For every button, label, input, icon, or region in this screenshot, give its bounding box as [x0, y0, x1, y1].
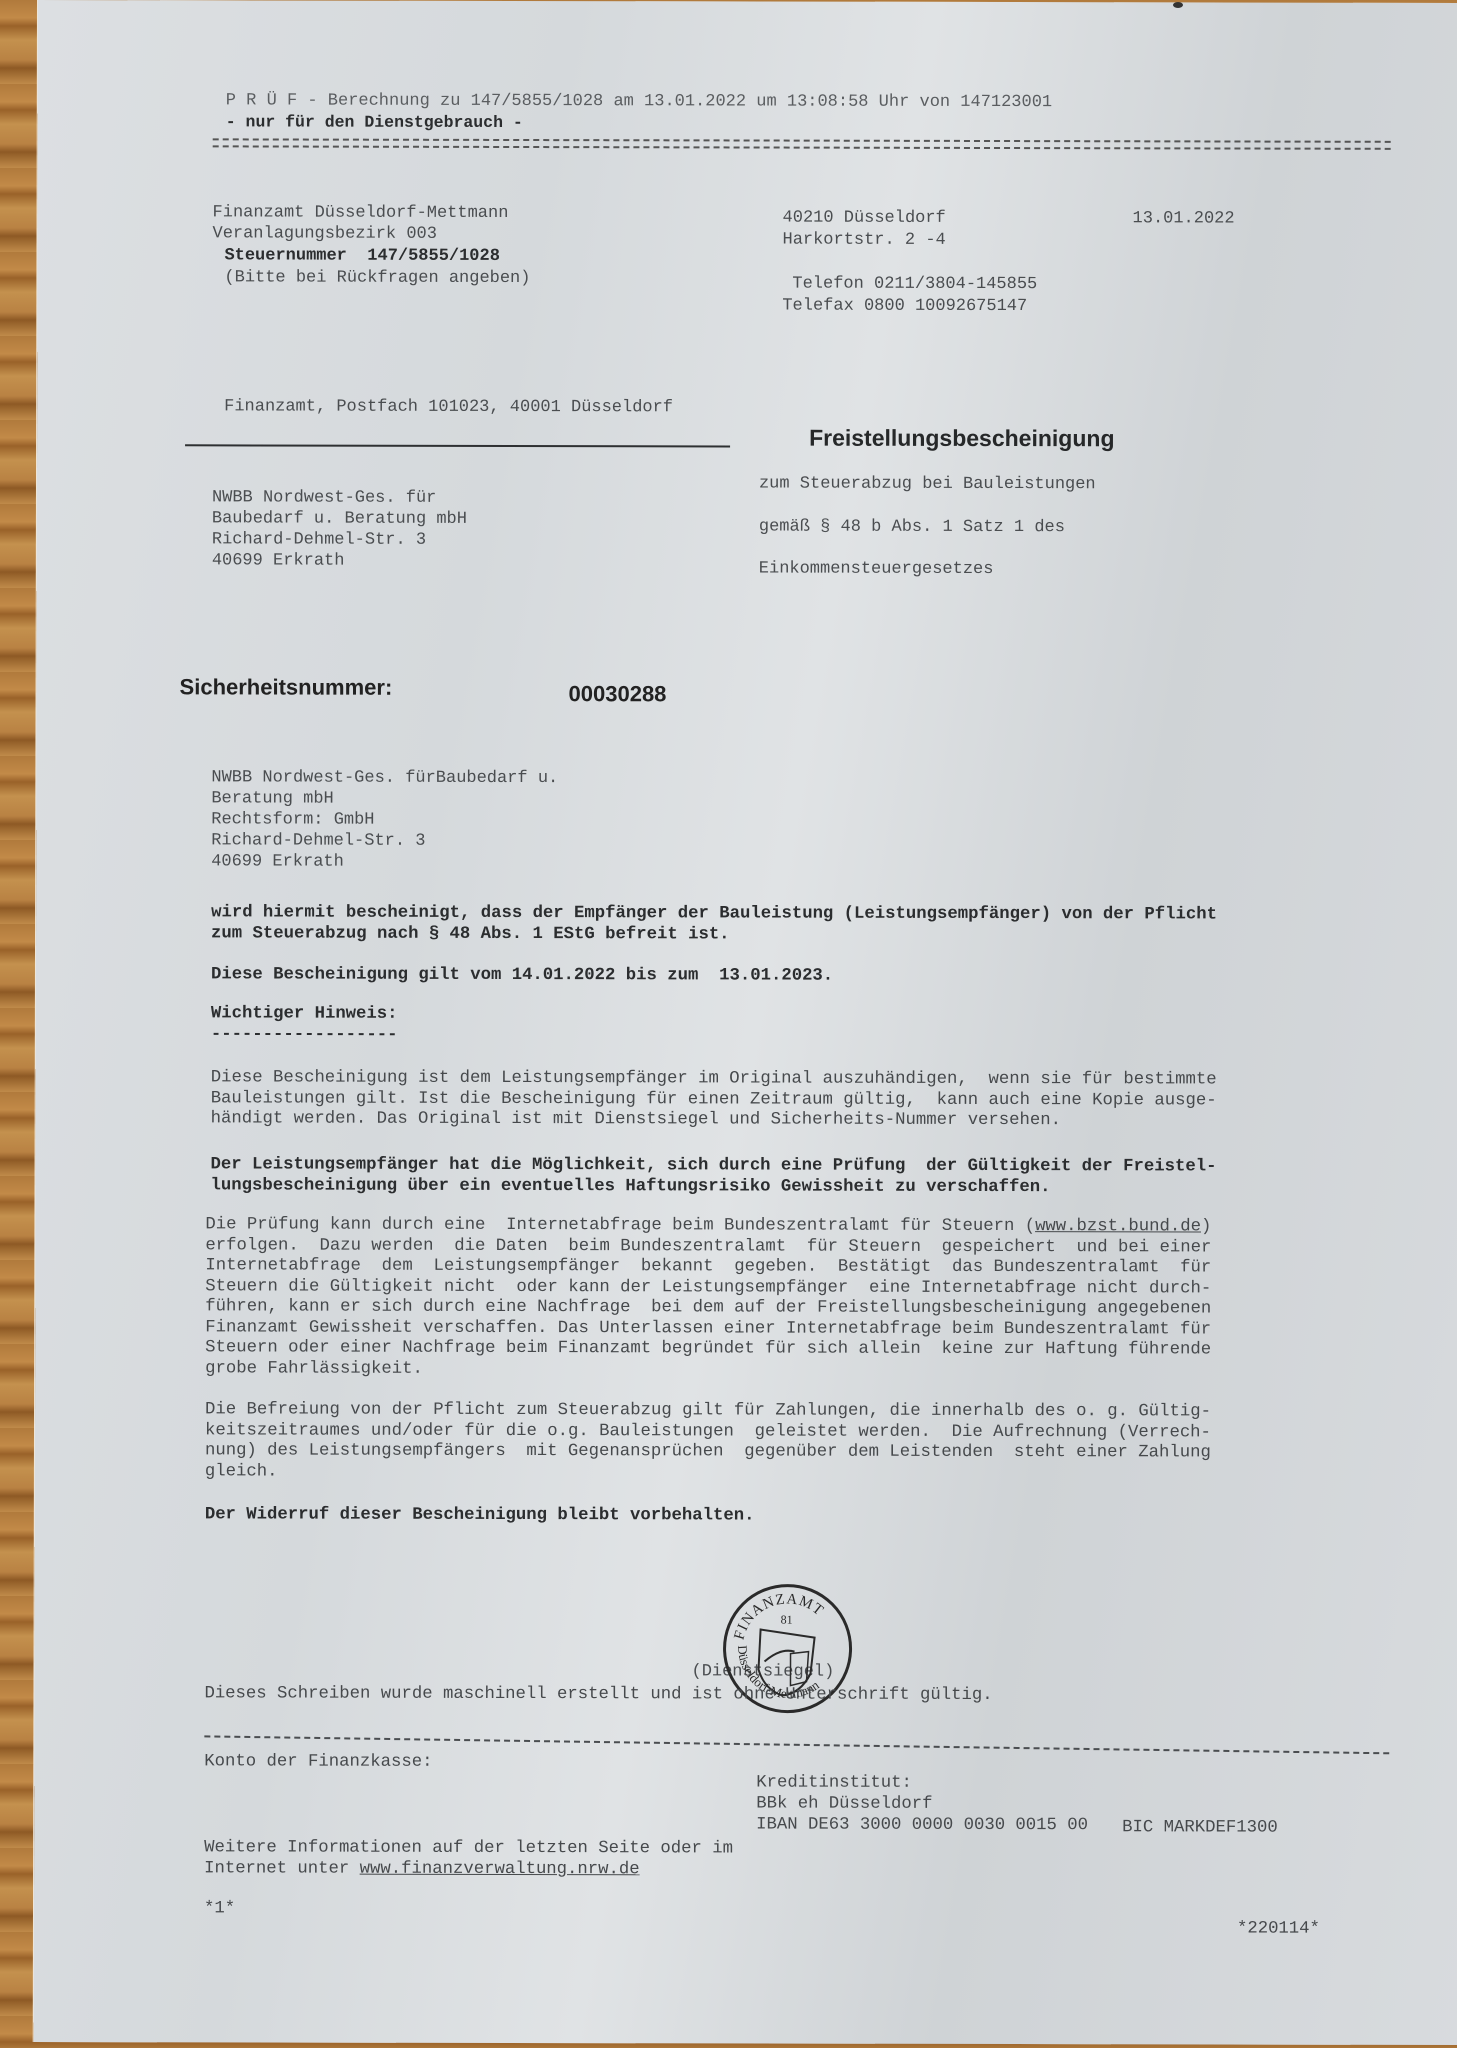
certification-statement: wird hiermit bescheinigt, dass der Empfä… — [211, 903, 1217, 946]
tax-number-note: (Bitte bei Rückfragen angeben) — [224, 267, 530, 289]
notice-underline: ------------------ — [211, 1025, 398, 1046]
bank-bic: BIC MARKDEF1300 — [1122, 1818, 1278, 1839]
paragraph-text: ) erfolgen. Dazu werden die Daten beim B… — [205, 1217, 1211, 1378]
paragraph-exemption-scope: Die Befreiung von der Pflicht zum Steuer… — [205, 1400, 1211, 1484]
revocation-clause: Der Widerruf dieser Bescheinigung bleibt… — [205, 1505, 755, 1527]
document-code: *220114* — [1237, 1920, 1320, 1941]
info-line-2: Internet unter www.finanzverwaltung.nrw.… — [204, 1859, 640, 1880]
ink-spot — [1173, 2, 1183, 8]
notice-heading: Wichtiger Hinweis: — [211, 1004, 398, 1025]
tax-number-label: Steuernummer — [224, 246, 346, 265]
bank-institute-label: Kreditinstitut: — [756, 1774, 912, 1795]
paragraph-verification-option: Der Leistungsempfänger hat die Möglichke… — [210, 1155, 1216, 1198]
validity-period: Diese Bescheinigung gilt vom 14.01.2022 … — [211, 965, 833, 987]
bank-iban: IBAN DE63 3000 0000 0030 0015 00 — [756, 1816, 1088, 1837]
subtitle-line-1: zum Steuerabzug bei Bauleistungen — [759, 474, 1096, 496]
security-number: 00030288 — [569, 681, 667, 707]
bzst-link[interactable]: www.bzst.bund.de — [1035, 1217, 1201, 1236]
letter-date: 13.01.2022 — [1133, 208, 1235, 229]
assessment-district: Veranlagungsbezirk 003 — [212, 223, 436, 244]
beneficiary-line: NWBB Nordwest-Ges. fürBaubedarf u. — [211, 767, 558, 789]
pruef-line: P R Ü F - Berechnung zu 147/5855/1028 am… — [226, 90, 1052, 113]
subtitle-line-2: gemäß § 48 b Abs. 1 Satz 1 des — [759, 517, 1065, 539]
info-line-1: Weitere Informationen auf der letzten Se… — [204, 1838, 733, 1860]
page-marker: *1* — [204, 1899, 235, 1920]
finanzverwaltung-link[interactable]: www.finanzverwaltung.nrw.de — [360, 1860, 640, 1880]
footer-divider — [204, 1735, 1389, 1754]
document-page: P R Ü F - Berechnung zu 147/5855/1028 am… — [34, 0, 1457, 2045]
beneficiary-line: Beratung mbH — [211, 788, 333, 809]
office-city: 40210 Düsseldorf — [783, 208, 946, 229]
internal-use-note: - nur für den Dienstgebrauch - — [226, 111, 523, 133]
tax-number: 147/5855/1028 — [367, 247, 500, 266]
account-label: Konto der Finanzkasse: — [204, 1752, 432, 1773]
header-divider — [213, 138, 1391, 149]
recipient-line: Richard-Dehmel-Str. 3 — [212, 529, 426, 550]
recipient-line: 40699 Erkrath — [212, 550, 345, 571]
document-title: Freistellungsbescheinigung — [809, 424, 1114, 453]
machine-generated-note: Dieses Schreiben wurde maschinell erstel… — [204, 1684, 992, 1706]
tax-number-row: Steuernummer 147/5855/1028 — [224, 245, 499, 267]
subtitle-line-3: Einkommensteuergesetzes — [759, 559, 994, 580]
seal-number: 81 — [781, 1613, 793, 1627]
paragraph-original-copy: Diese Bescheinigung ist dem Leistungsemp… — [211, 1068, 1217, 1132]
tax-office-name: Finanzamt Düsseldorf-Mettmann — [213, 202, 509, 224]
office-fax: Telefax 0800 10092675147 — [782, 296, 1027, 318]
info-text: Internet unter — [204, 1859, 360, 1878]
svg-text:FINANZAMT: FINANZAMT — [732, 1591, 827, 1642]
bank-institute: BBk eh Düsseldorf — [756, 1795, 932, 1816]
seal-top-text: FINANZAMT — [732, 1591, 827, 1642]
recipient-line: Baubedarf u. Beratung mbH — [212, 508, 467, 530]
recipient-line: NWBB Nordwest-Ges. für — [212, 487, 436, 508]
office-phone: Telefon 0211/3804-145855 — [792, 274, 1037, 296]
security-number-label: Sicherheitsnummer: — [180, 674, 393, 700]
beneficiary-line: Rechtsform: GmbH — [211, 809, 374, 830]
postal-return-line: Finanzamt, Postfach 101023, 40001 Düssel… — [224, 396, 673, 418]
beneficiary-line: 40699 Erkrath — [211, 851, 344, 872]
address-window-rule — [185, 444, 730, 447]
office-street: Harkortstr. 2 -4 — [782, 230, 945, 251]
beneficiary-line: Richard-Dehmel-Str. 3 — [211, 830, 425, 851]
paragraph-internet-check: Die Prüfung kann durch eine Internetabfr… — [205, 1215, 1211, 1381]
paragraph-text: Die Prüfung kann durch eine Internetabfr… — [205, 1215, 1035, 1236]
